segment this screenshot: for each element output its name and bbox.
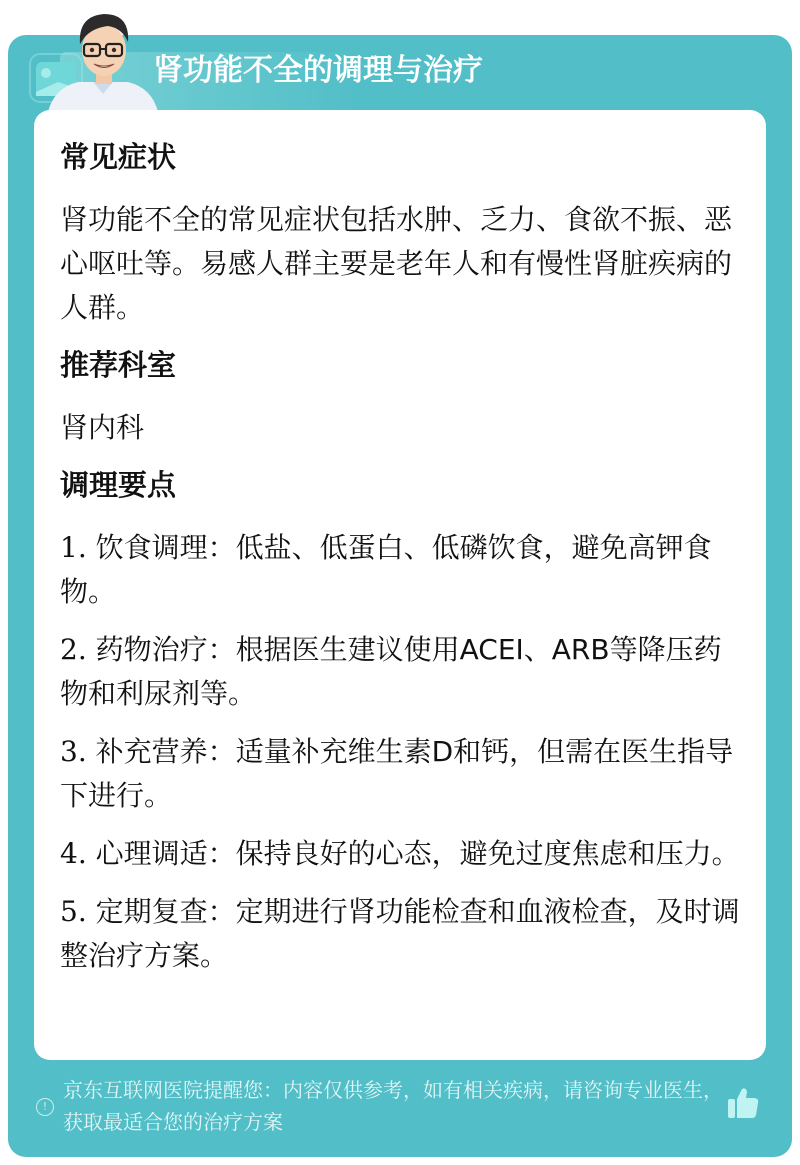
disclaimer-footer: ! 京东互联网医院提醒您：内容仅供参考，如有相关疾病，请咨询专业医生，获取最适合…	[34, 1074, 764, 1144]
list-item: 5. 定期复查：定期进行肾功能检查和血液检查，及时调整治疗方案。	[60, 890, 740, 978]
item-number: 3.	[60, 735, 87, 768]
list-item: 4. 心理调适：保持良好的心态，避免过度焦虑和压力。	[60, 832, 740, 876]
item-number: 5.	[60, 895, 87, 928]
section-department: 推荐科室 肾内科	[60, 344, 740, 450]
list-item: 1. 饮食调理：低盐、低蛋白、低磷饮食，避免高钾食物。	[60, 526, 740, 614]
section-title: 常见症状	[60, 136, 740, 178]
thumbs-up-icon[interactable]	[726, 1086, 760, 1120]
item-number: 1.	[60, 531, 87, 564]
item-text: 药物治疗：根据医生建议使用ACEI、ARB等降压药物和利尿剂等。	[60, 633, 722, 710]
section-title: 调理要点	[60, 464, 740, 506]
page-title: 肾功能不全的调理与治疗	[153, 51, 483, 91]
disclaimer-text: 京东互联网医院提醒您：内容仅供参考，如有相关疾病，请咨询专业医生，获取最适合您的…	[63, 1074, 735, 1138]
item-text: 心理调适：保持良好的心态，避免过度焦虑和压力。	[87, 837, 740, 870]
item-number: 2.	[60, 633, 87, 666]
item-text: 补充营养：适量补充维生素D和钙，但需在医生指导下进行。	[60, 735, 733, 812]
section-symptoms: 常见症状 肾功能不全的常见症状包括水肿、乏力、食欲不振、恶心呕吐等。易感人群主要…	[60, 136, 740, 330]
department-text: 肾内科	[60, 406, 740, 450]
info-icon: !	[36, 1098, 54, 1116]
section-title: 推荐科室	[60, 344, 740, 386]
item-number: 4.	[60, 837, 87, 870]
doctor-avatar	[48, 8, 158, 112]
symptoms-text: 肾功能不全的常见症状包括水肿、乏力、食欲不振、恶心呕吐等。易感人群主要是老年人和…	[60, 198, 740, 330]
section-care-points: 调理要点 1. 饮食调理：低盐、低蛋白、低磷饮食，避免高钾食物。 2. 药物治疗…	[60, 464, 740, 978]
content-card: 常见症状 肾功能不全的常见症状包括水肿、乏力、食欲不振、恶心呕吐等。易感人群主要…	[34, 110, 766, 1060]
list-item: 3. 补充营养：适量补充维生素D和钙，但需在医生指导下进行。	[60, 730, 740, 818]
list-item: 2. 药物治疗：根据医生建议使用ACEI、ARB等降压药物和利尿剂等。	[60, 628, 740, 716]
item-text: 饮食调理：低盐、低蛋白、低磷饮食，避免高钾食物。	[60, 531, 712, 608]
item-text: 定期复查：定期进行肾功能检查和血液检查，及时调整治疗方案。	[60, 895, 740, 972]
